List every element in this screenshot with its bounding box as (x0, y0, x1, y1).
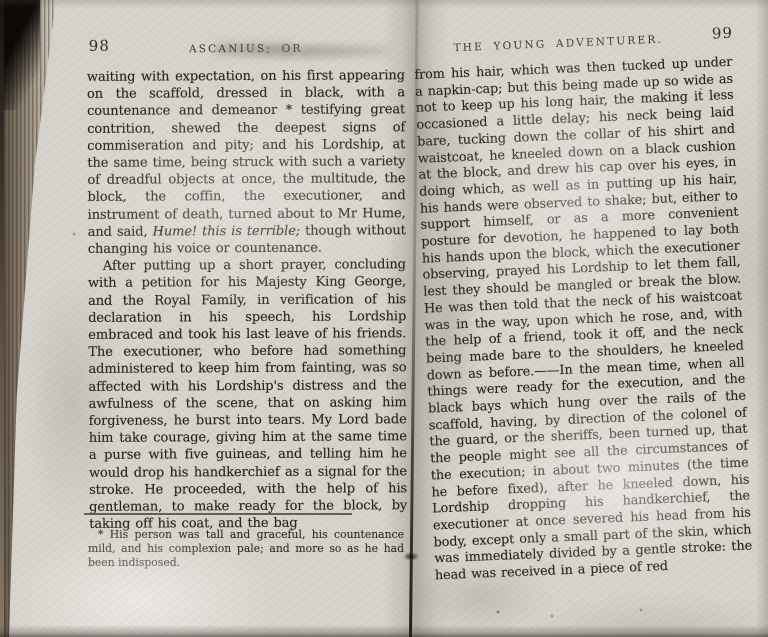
gutter-crease-mark (403, 552, 419, 561)
paragraph-left-1: waiting with expectation, on his first a… (87, 67, 406, 258)
paragraph-left-1-italic: Hume! this is terrible; (153, 224, 301, 240)
scan-corner-shadow (0, 0, 40, 110)
right-page: THE YOUNG ADVENTURER. 99 from his hair, … (413, 24, 759, 586)
footnote-rule (84, 513, 352, 515)
scan-bottom-shadow (0, 625, 768, 637)
running-title-left: ASCANIUS; OR (87, 42, 405, 56)
paragraph-right-1: from his hair, which was then tucked up … (414, 55, 753, 585)
paragraph-left-2: After putting up a short prayer, conclud… (88, 256, 407, 533)
scan-left-border (0, 0, 4, 637)
left-page: 98 ASCANIUS; OR waiting with expectation… (87, 35, 408, 533)
book-scan: 98 ASCANIUS; OR waiting with expectation… (0, 0, 768, 637)
page-number-right: 99 (712, 24, 734, 43)
right-page-header: THE YOUNG ADVENTURER. 99 (413, 24, 738, 59)
running-title-right: THE YOUNG ADVENTURER. (413, 32, 703, 56)
scan-right-shadow (756, 0, 768, 637)
left-page-header: 98 ASCANIUS; OR (87, 35, 405, 59)
footnote-text: * His person was tall and graceful, his … (88, 528, 404, 570)
paragraph-left-1-text: waiting with expectation, on his first a… (87, 68, 406, 239)
scan-top-shadow (0, 0, 768, 8)
